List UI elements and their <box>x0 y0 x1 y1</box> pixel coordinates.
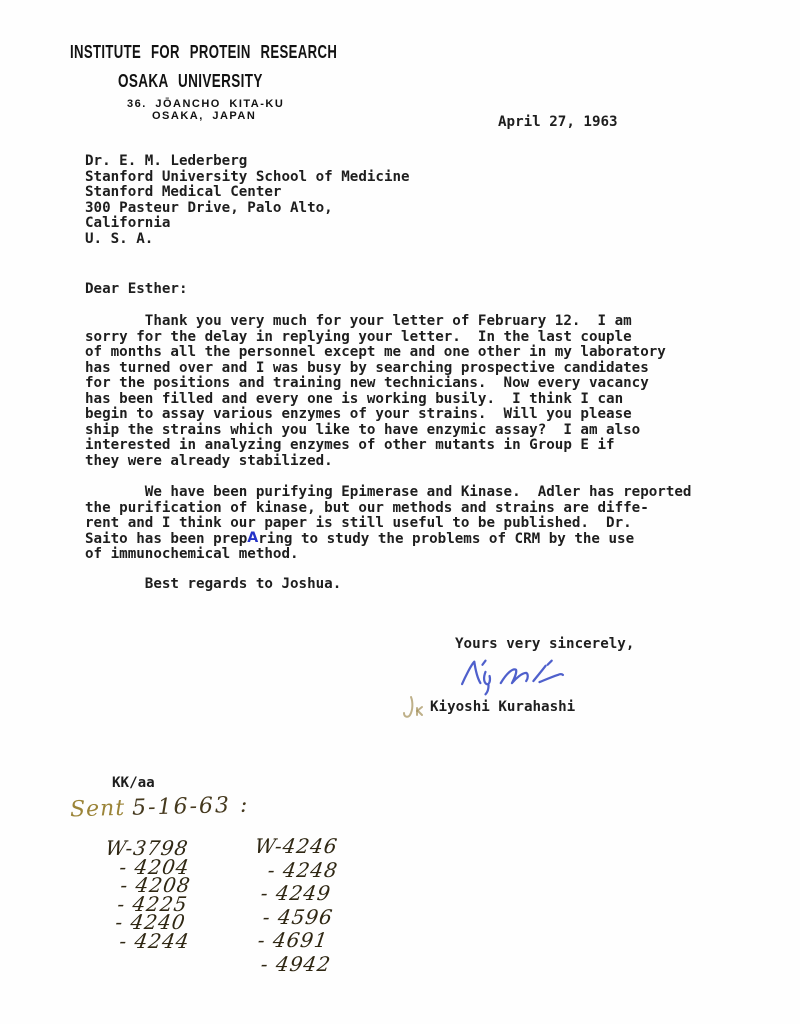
strain-item: W-3798 <box>105 836 193 855</box>
recipient-address: Dr. E. M. Lederberg Stanford University … <box>85 154 410 247</box>
signature-typed-name: Kiyoshi Kurahashi <box>430 700 575 716</box>
strain-item: - 4240 <box>115 910 193 929</box>
strain-item: - 4248 <box>266 858 339 882</box>
letterhead-address-line2: OSAKA, JAPAN <box>152 110 256 122</box>
sent-annotation: Sent 5-16-63 : <box>70 793 250 823</box>
body-paragraph-1: Thank you very much for your letter of F… <box>85 314 666 469</box>
strain-item: - 4208 <box>120 873 193 892</box>
salutation: Dear Esther: <box>85 282 188 298</box>
strain-item: - 4691 <box>256 928 339 952</box>
sent-word: Sent <box>70 796 126 822</box>
letterhead-university: OSAKA UNIVERSITY <box>118 70 263 92</box>
strain-item: - 4244 <box>119 929 193 948</box>
signature-icon <box>458 658 568 698</box>
body-paragraph-2: We have been purifying Epimerase and Kin… <box>85 485 691 563</box>
letter-date: April 27, 1963 <box>498 115 618 131</box>
handwritten-correction-letter: A <box>247 530 258 546</box>
valediction: Yours very sincerely, <box>455 637 634 653</box>
letter-page: INSTITUTE FOR PROTEIN RESEARCH OSAKA UNI… <box>0 0 800 1024</box>
faded-ink-mark-icon <box>400 694 428 722</box>
strain-item: - 4942 <box>259 952 339 976</box>
strain-list-left: W-3798 - 4204 - 4208 - 4225 - 4240 - 424… <box>106 836 191 948</box>
strain-item: - 4204 <box>119 855 193 874</box>
strain-item: - 4225 <box>117 892 193 911</box>
strain-item: - 4596 <box>261 905 339 929</box>
letterhead-institute: INSTITUTE FOR PROTEIN RESEARCH <box>70 42 337 63</box>
strain-item: - 4249 <box>259 881 339 905</box>
strain-item: W-4246 <box>253 834 339 858</box>
strain-list-right: W-4246 - 4248 - 4249 - 4596 - 4691 - 494… <box>255 834 338 976</box>
sent-date: 5-16-63 : <box>132 793 250 821</box>
letterhead-address-line1: 36. JŌANCHO KITA-KU <box>127 98 284 110</box>
typist-initials: KK/aa <box>112 776 155 792</box>
closing-line: Best regards to Joshua. <box>85 577 341 593</box>
